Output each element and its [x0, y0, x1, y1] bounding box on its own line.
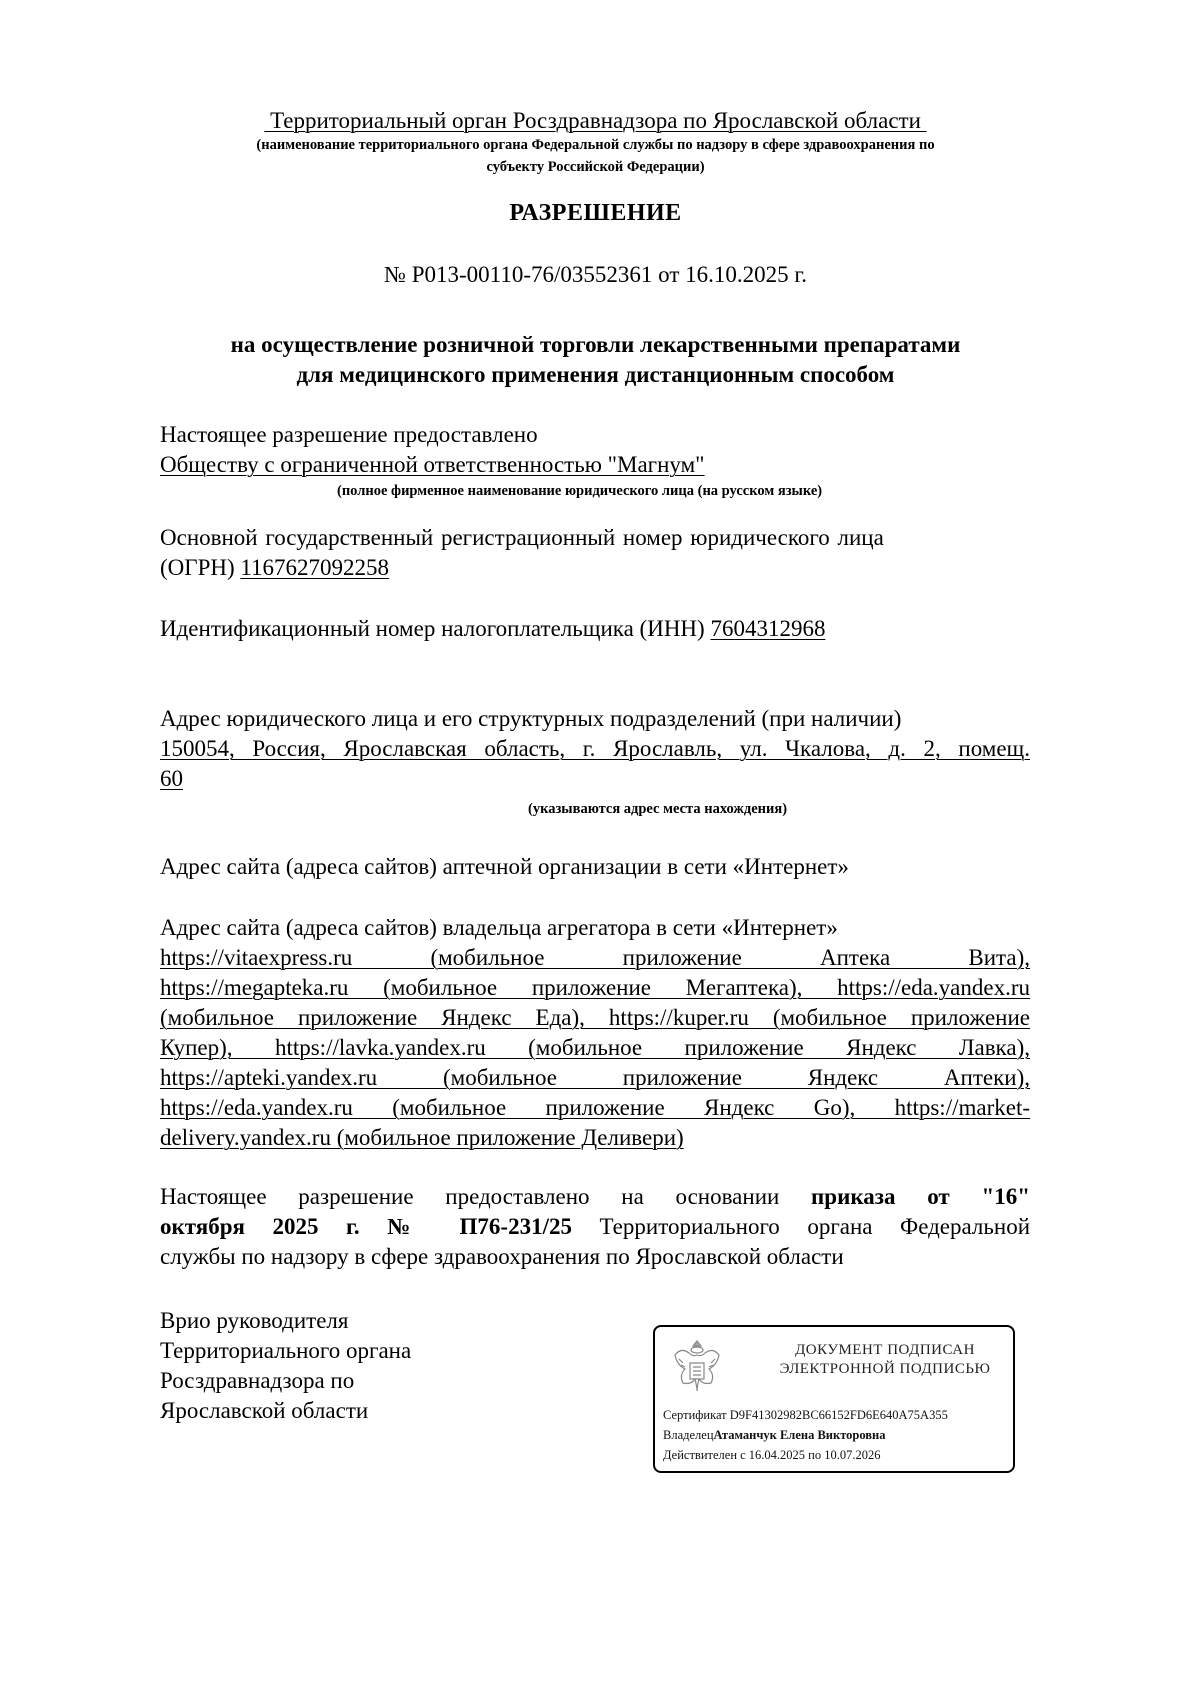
- address-caption: (указываются адрес места нахождения): [528, 798, 787, 820]
- basis-line1-text: Настоящее разрешение предоставлено на ос…: [160, 1184, 811, 1209]
- signatory-line: Ярославской области: [160, 1396, 580, 1426]
- document-title: РАЗРЕШЕНИЕ: [0, 200, 1191, 227]
- basis-line2: октября 2025 г. № П76-231/25 Территориал…: [160, 1212, 1030, 1242]
- ogrn-prefix: (ОГРН): [160, 555, 240, 580]
- certificate-row: Сертификат D9F41302982BC66152FD6E640A75A…: [663, 1407, 948, 1423]
- inn-label: Идентификационный номер налогоплательщик…: [160, 616, 710, 641]
- aggregator-line: https://megapteka.ru (мобильное приложен…: [160, 973, 1030, 1003]
- aggregator-line-text: delivery.yandex.ru (мобильное приложение…: [160, 1125, 684, 1150]
- e-signature-heading: ДОКУМЕНТ ПОДПИСАН ЭЛЕКТРОННОЙ ПОДПИСЬЮ: [765, 1341, 1005, 1379]
- signatory-block: Врио руководителя Территориального орган…: [160, 1306, 580, 1426]
- e-signature-stamp: ДОКУМЕНТ ПОДПИСАН ЭЛЕКТРОННОЙ ПОДПИСЬЮ С…: [653, 1325, 1015, 1473]
- document-subject: на осуществление розничной торговли лека…: [0, 330, 1191, 390]
- owner-value: Атаманчук Елена Викторовна: [714, 1428, 886, 1442]
- authority-name-block: Территориальный орган Росздравнадзора по…: [0, 106, 1191, 136]
- document-number: № Р013-00110-76/03552361 от 16.10.2025 г…: [0, 260, 1191, 290]
- basis-line3: службы по надзору в сфере здравоохранени…: [160, 1242, 1030, 1272]
- grantee-name-row: Обществу с ограниченной ответственностью…: [160, 450, 1030, 480]
- ogrn-label: Основной государственный регистрационный…: [160, 523, 1030, 553]
- authority-caption: (наименование территориального органа Фе…: [0, 134, 1191, 178]
- inn-value: 7604312968: [710, 616, 825, 641]
- order-reference-start: приказа от "16": [811, 1184, 1030, 1209]
- grantee-name-caption: (полное фирменное наименование юридическ…: [337, 480, 822, 502]
- validity-row: Действителен с 16.04.2025 по 10.07.2026: [663, 1447, 881, 1463]
- owner-label: Владелец: [663, 1428, 714, 1442]
- basis-line2-text: Территориального органа Федеральной: [572, 1214, 1030, 1239]
- authority-caption-line1: (наименование территориального органа Фе…: [0, 134, 1191, 156]
- aggregator-line: (мобильное приложение Яндекс Еда), https…: [160, 1003, 1030, 1033]
- address-value-line1: 150054, Россия, Ярославская область, г. …: [160, 734, 1030, 764]
- signatory-line: Территориального органа: [160, 1336, 580, 1366]
- aggregator-line: Купер), https://lavka.yandex.ru (мобильн…: [160, 1033, 1030, 1063]
- authority-name: Территориальный орган Росздравнадзора по…: [264, 108, 926, 133]
- document-subject-line1: на осуществление розничной торговли лека…: [0, 330, 1191, 360]
- authority-caption-line2: субъекту Российской Федерации): [0, 156, 1191, 178]
- owner-row: ВладелецАтаманчук Елена Викторовна: [663, 1427, 886, 1443]
- address-label: Адрес юридического лица и его структурны…: [160, 704, 1030, 734]
- address-value-row2: 60: [160, 764, 1030, 794]
- inn-row: Идентификационный номер налогоплательщик…: [160, 614, 1030, 644]
- ogrn-row: (ОГРН) 1167627092258: [160, 553, 1030, 583]
- grantee-intro: Настоящее разрешение предоставлено: [160, 420, 1030, 450]
- certificate-label: Сертификат: [663, 1408, 730, 1422]
- certificate-value: D9F41302982BC66152FD6E640A75A355: [730, 1408, 948, 1422]
- signatory-line: Врио руководителя: [160, 1306, 580, 1336]
- address-value-row1: 150054, Россия, Ярославская область, г. …: [160, 734, 1030, 764]
- coat-of-arms-icon: [667, 1335, 727, 1401]
- aggregator-line-last: delivery.yandex.ru (мобильное приложение…: [160, 1123, 1030, 1153]
- basis-paragraph: Настоящее разрешение предоставлено на ос…: [160, 1182, 1030, 1272]
- document-subject-line2: для медицинского применения дистанционны…: [0, 360, 1191, 390]
- aggregator-line: https://apteki.yandex.ru (мобильное прил…: [160, 1063, 1030, 1093]
- signatory-line: Росздравнадзора по: [160, 1366, 580, 1396]
- aggregator-line: https://eda.yandex.ru (мобильное приложе…: [160, 1093, 1030, 1123]
- order-reference-number: октября 2025 г. № П76-231/25: [160, 1214, 572, 1239]
- e-signature-heading-line1: ДОКУМЕНТ ПОДПИСАН: [765, 1341, 1005, 1360]
- e-signature-heading-line2: ЭЛЕКТРОННОЙ ПОДПИСЬЮ: [765, 1360, 1005, 1379]
- aggregator-sites-list: https://vitaexpress.ru (мобильное прилож…: [160, 943, 1030, 1153]
- aggregator-line: https://vitaexpress.ru (мобильное прилож…: [160, 943, 1030, 973]
- address-value-line2: 60: [160, 766, 183, 791]
- pharmacy-site-label: Адрес сайта (адреса сайтов) аптечной орг…: [160, 852, 1030, 882]
- grantee-name: Обществу с ограниченной ответственностью…: [160, 452, 705, 477]
- basis-line1: Настоящее разрешение предоставлено на ос…: [160, 1182, 1030, 1212]
- aggregator-sites-label: Адрес сайта (адреса сайтов) владельца аг…: [160, 913, 1030, 943]
- ogrn-value: 1167627092258: [240, 555, 389, 580]
